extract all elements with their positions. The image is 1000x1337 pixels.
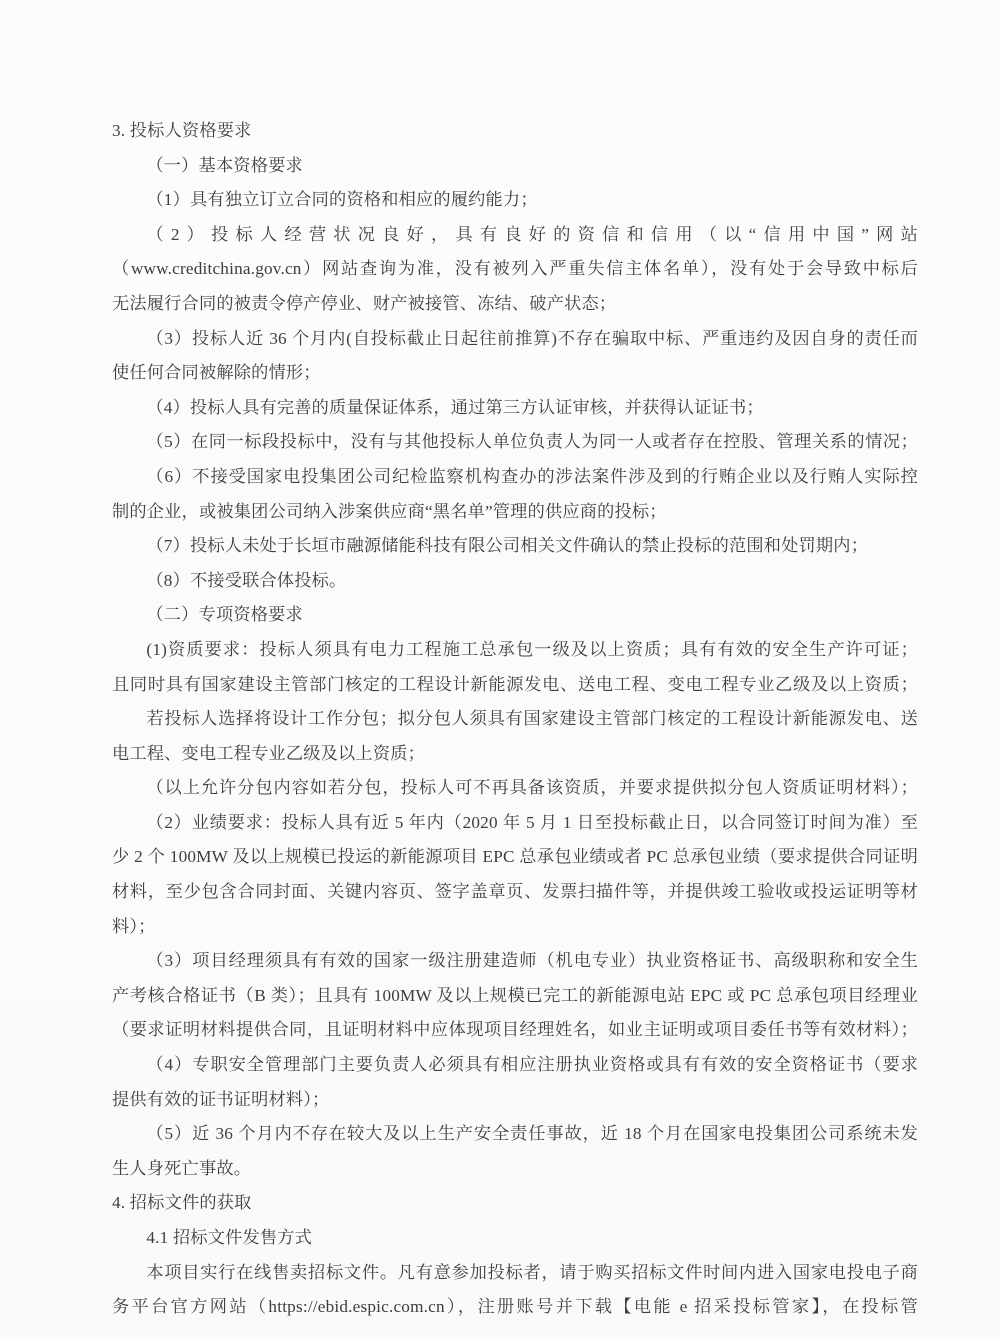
- item3-line2: 使任何合同被解除的情形；: [112, 356, 918, 391]
- item1-line: （1）具有独立订立合同的资格和相应的履约能力；: [112, 183, 918, 218]
- safety-manager-req-line2: 提供有效的证书证明材料）；: [112, 1083, 918, 1118]
- document-page: 3. 投标人资格要求 （一）基本资格要求 （1）具有独立订立合同的资格和相应的履…: [112, 114, 918, 1325]
- subcontract-note-line: （以上允许分包内容如若分包，投标人可不再具备该资质，并要求提供拟分包人资质证明材…: [112, 771, 918, 806]
- basic-requirements-heading: （一）基本资格要求: [112, 149, 918, 184]
- document-sale-line1: 本项目实行在线售卖招标文件。凡有意参加投标者，请于购买招标文件时间内进入国家电投…: [112, 1256, 918, 1291]
- section4-heading: 4. 招标文件的获取: [112, 1186, 918, 1221]
- item4-line: （4）投标人具有完善的质量保证体系，通过第三方认证审核，并获得认证证书；: [112, 391, 918, 426]
- subcontract-line2: 电工程、变电工程专业乙级及以上资质；: [112, 737, 918, 772]
- item7-line: （7）投标人未处于长垣市融源储能科技有限公司相关文件确认的禁止投标的范围和处罚期…: [112, 529, 918, 564]
- safety-record-req-line2: 生人身死亡事故。: [112, 1152, 918, 1187]
- subcontract-line1: 若投标人选择将设计工作分包；拟分包人须具有国家建设主管部门核定的工程设计新能源发…: [112, 702, 918, 737]
- section4-1-heading: 4.1 招标文件发售方式: [112, 1221, 918, 1256]
- project-manager-req-line3: （要求证明材料提供合同，且证明材料中应体现项目经理姓名，如业主证明或项目委任书等…: [112, 1013, 918, 1048]
- item6-line2: 制的企业，或被集团公司纳入涉案供应商“黑名单”管理的供应商的投标；: [112, 495, 918, 530]
- item2-line2: （www.creditchina.gov.cn）网站查询为准，没有被列入严重失信…: [112, 252, 918, 287]
- project-manager-req-line2: 产考核合格证书（B 类）；且具有 100MW 及以上规模已完工的新能源电站 EP…: [112, 979, 918, 1014]
- item8-line: （8）不接受联合体投标。: [112, 564, 918, 599]
- safety-record-req-line1: （5）近 36 个月内不存在较大及以上生产安全责任事故，近 18 个月在国家电投…: [112, 1117, 918, 1152]
- item2-line1: （2）投标人经营状况良好，具有良好的资信和信用（以“信用中国”网站: [112, 218, 918, 253]
- qualification-req-line2: 且同时具有国家建设主管部门核定的工程设计新能源发电、送电工程、变电工程专业乙级及…: [112, 668, 918, 703]
- item6-line1: （6）不接受国家电投集团公司纪检监察机构查办的涉法案件涉及到的行贿企业以及行贿人…: [112, 460, 918, 495]
- performance-req-line3: 材料，至少包含合同封面、关键内容页、签字盖章页、发票扫描件等，并提供竣工验收或投…: [112, 875, 918, 910]
- section3-heading: 3. 投标人资格要求: [112, 114, 918, 149]
- qualification-req-line1: (1)资质要求：投标人须具有电力工程施工总承包一级及以上资质；具有有效的安全生产…: [112, 633, 918, 668]
- document-sale-line2: 务平台官方网站（https://ebid.espic.com.cn），注册账号并…: [112, 1290, 918, 1325]
- item2-line3: 无法履行合同的被责令停产停业、财产被接管、冻结、破产状态；: [112, 287, 918, 322]
- performance-req-line1: （2）业绩要求：投标人具有近 5 年内（2020 年 5 月 1 日至投标截止日…: [112, 806, 918, 841]
- performance-req-line4: 料）；: [112, 910, 918, 945]
- project-manager-req-line1: （3）项目经理须具有有效的国家一级注册建造师（机电专业）执业资格证书、高级职称和…: [112, 944, 918, 979]
- special-requirements-heading: （二）专项资格要求: [112, 598, 918, 633]
- performance-req-line2: 少 2 个 100MW 及以上规模已投运的新能源项目 EPC 总承包业绩或者 P…: [112, 840, 918, 875]
- safety-manager-req-line1: （4）专职安全管理部门主要负责人必须具有相应注册执业资格或具有有效的安全资格证书…: [112, 1048, 918, 1083]
- item5-line: （5）在同一标段投标中，没有与其他投标人单位负责人为同一人或者存在控股、管理关系…: [112, 425, 918, 460]
- item3-line1: （3）投标人近 36 个月内(自投标截止日起往前推算)不存在骗取中标、严重违约及…: [112, 322, 918, 357]
